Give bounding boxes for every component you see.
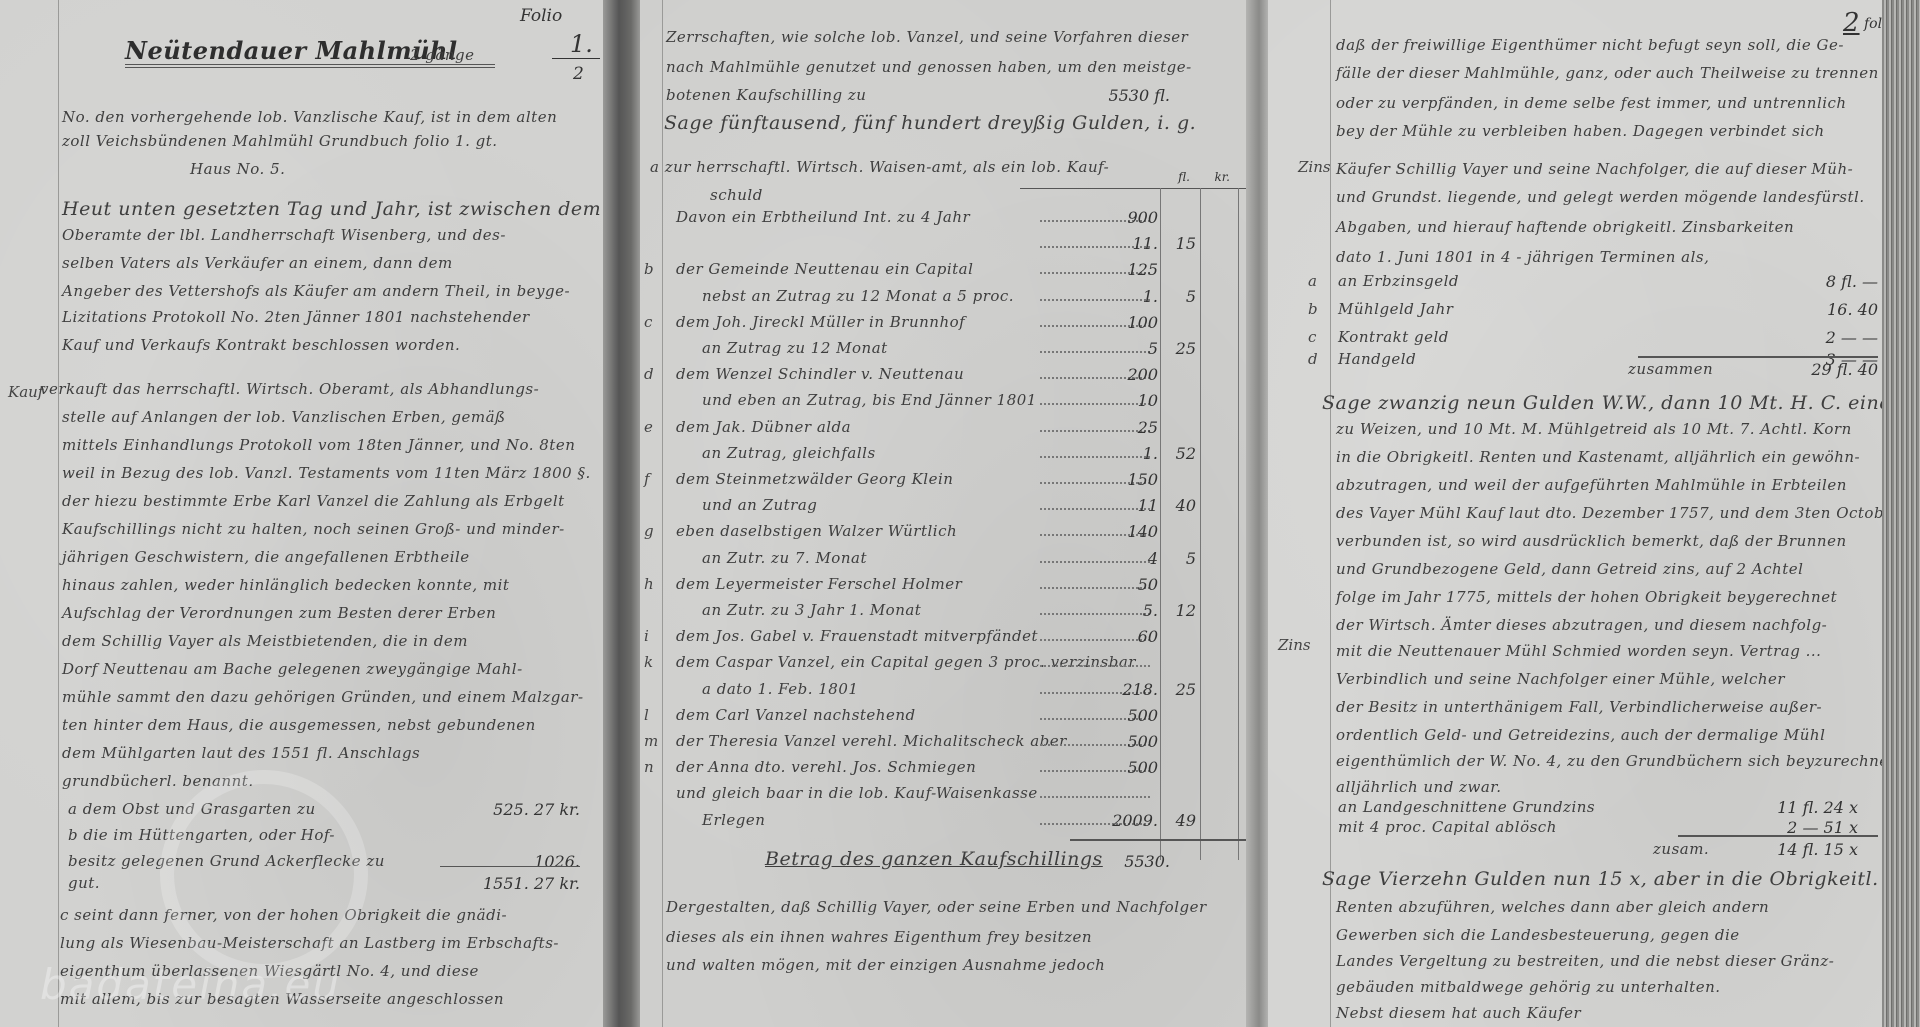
due-marker: a <box>1308 272 1317 290</box>
handwritten-line: mit die Neuttenauer Mühl Schmied worden … <box>1336 642 1821 660</box>
due-label: mit 4 proc. Capital ablösch <box>1338 818 1557 836</box>
amount-gulden: 50 <box>1108 575 1158 594</box>
intro-amount: 5530 fl. <box>1080 86 1170 105</box>
handwritten-line: Angeber des Vettershofs als Käufer am an… <box>62 282 570 300</box>
amount-kreuzer: 49 <box>1164 811 1196 830</box>
amount-gulden: 150 <box>1108 470 1158 489</box>
handwritten-line: Dergestalten, daß Schillig Vayer, oder s… <box>666 898 1207 916</box>
handwritten-line: gebäuden mitbaldwege gehörig zu unterhal… <box>1336 978 1721 996</box>
entry-marker: n <box>644 758 654 776</box>
entry-text: Erlegen <box>702 811 765 829</box>
due-value: 8 fl. — <box>1768 272 1878 291</box>
entry-text: nebst an Zutrag zu 12 Monat a 5 proc. <box>702 287 1014 305</box>
handwritten-line: verkauft das herrschaftl. Wirtsch. Obera… <box>40 380 539 398</box>
handwritten-line: Zerrschaften, wie solche lob. Vanzel, un… <box>666 28 1188 46</box>
handwritten-line: dieses als ein ihnen wahres Eigenthum fr… <box>666 928 1092 946</box>
watermark-logo <box>160 770 368 978</box>
amount-gulden: 5. <box>1108 601 1158 620</box>
handwritten-line: Oberamte der lbl. Landherrschaft Wisenbe… <box>62 226 506 244</box>
total-label: Betrag des ganzen Kaufschillings <box>765 848 1103 870</box>
margin-note: Zins <box>1298 158 1331 176</box>
handwritten-line: No. den vorhergehende lob. Vanzlische Ka… <box>62 108 557 126</box>
amount-kreuzer: 5 <box>1164 287 1196 306</box>
handwritten-line: der Besitz in unterthänigem Fall, Verbin… <box>1336 698 1822 716</box>
handwritten-line: Kauf und Verkaufs Kontrakt beschlossen w… <box>62 336 460 354</box>
entry-marker: k <box>644 653 653 671</box>
handwritten-line: Verbindlich und seine Nachfolger einer M… <box>1336 670 1785 688</box>
handwritten-line: oder zu verpfänden, in deme selbe fest i… <box>1336 94 1847 112</box>
due-label: Kontrakt geld <box>1338 328 1449 346</box>
amount-kreuzer: 40 <box>1164 496 1196 515</box>
handwritten-line: Dorf Neuttenau am Bache gelegenen zweygä… <box>62 660 523 678</box>
handwritten-line: und Grundst. liegende, und gelegt werden… <box>1336 188 1865 206</box>
entry-marker: f <box>644 470 650 488</box>
handwritten-line: eigenthümlich der W. No. 4, zu den Grund… <box>1336 752 1884 770</box>
handwritten-line: weil in Bezug des lob. Vanzl. Testaments… <box>62 464 591 482</box>
entry-text: und eben an Zutrag, bis End Jänner 1801 <box>702 391 1037 409</box>
folio-label: Folio <box>520 6 562 26</box>
handwritten-line: Gewerben sich die Landesbesteuerung, geg… <box>1336 926 1740 944</box>
amount-gulden: 140 <box>1108 522 1158 541</box>
due-value: 2 — — <box>1768 328 1878 347</box>
entry-text: dem Wenzel Schindler v. Neuttenau <box>676 365 964 383</box>
amount-gulden: 1. <box>1108 444 1158 463</box>
folio-suffix: fol. <box>1864 16 1884 32</box>
handwritten-line: der hiezu bestimmte Erbe Karl Vanzel die… <box>62 492 565 510</box>
handwritten-line: mühle sammt den dazu gehörigen Gründen, … <box>62 688 584 706</box>
handwritten-line: ordentlich Geld- und Getreidezins, auch … <box>1336 726 1825 744</box>
table-header-rule <box>1020 188 1250 189</box>
amount-kreuzer: 25 <box>1164 339 1196 358</box>
handwritten-line: Aufschlag der Verordnungen zum Besten de… <box>62 604 496 622</box>
title-underline-2 <box>125 67 495 68</box>
sum-in-words: Sage fünftausend, fünf hundert dreyßig G… <box>664 112 1196 134</box>
total-rule <box>1070 839 1250 841</box>
handwritten-line: zoll Veichsbündenen Mahlmühl Grundbuch f… <box>62 132 498 150</box>
left-page: Folio 1. 2 Neütendauer Mahlmühl 2 gänge … <box>0 0 607 1027</box>
amount-kreuzer: 5 <box>1164 549 1196 568</box>
entry-marker: l <box>644 706 649 724</box>
handwritten-line: und Grundbezogene Geld, dann Getreid zin… <box>1336 560 1803 578</box>
handwritten-line: in die Obrigkeitl. Renten und Kastenamt,… <box>1336 448 1860 466</box>
title-suffix: 2 gänge <box>410 46 475 64</box>
handwritten-line: Sage zwanzig neun Gulden W.W., dann 10 M… <box>1322 392 1884 414</box>
amount-gulden: 125 <box>1108 260 1158 279</box>
handwritten-line: bey der Mühle zu verbleiben haben. Dageg… <box>1336 122 1825 140</box>
entry-text: an Zutr. zu 3 Jahr 1. Monat <box>702 601 921 619</box>
entry-text: und an Zutrag <box>702 496 817 514</box>
book-page-edges <box>1882 0 1920 1027</box>
due-label: Mühlgeld Jahr <box>1338 300 1453 318</box>
leader-dots <box>1040 796 1150 798</box>
entry-text: der Anna dto. verehl. Jos. Schmiegen <box>676 758 976 776</box>
subtotal-rule <box>440 866 580 867</box>
handwritten-line: dem Schillig Vayer als Meistbietenden, d… <box>62 632 468 650</box>
folio-number: 1. <box>570 30 593 58</box>
amount-gulden: 218. <box>1108 680 1158 699</box>
margin-rule <box>662 0 663 1027</box>
entry-text: und gleich baar in die lob. Kauf-Waisenk… <box>676 784 1038 802</box>
dues-2-total: 14 fl. 15 x <box>1738 840 1858 859</box>
entry-text: Davon ein Erbtheilund Int. zu 4 Jahr <box>676 208 970 226</box>
handwritten-line: Sage Vierzehn Gulden nun 15 x, aber in d… <box>1322 868 1879 890</box>
folio-rule <box>552 58 600 59</box>
handwritten-line: Heut unten gesetzten Tag und Jahr, ist z… <box>62 198 607 220</box>
entry-text: dem Joh. Jireckl Müller in Brunnhof <box>676 313 965 331</box>
due-label: an Erbzinsgeld <box>1338 272 1459 290</box>
amount-gulden: 900 <box>1108 208 1158 227</box>
sub-intro: a zur herrschaftl. Wirtsch. Waisen-amt, … <box>650 158 1109 176</box>
handwritten-line: mittels Einhandlungs Protokoll vom 18ten… <box>62 436 575 454</box>
right-page: 2 fol. daß der freiwillige Eigenthümer n… <box>1268 0 1884 1027</box>
handwritten-line: Nebst diesem hat auch Käufer <box>1336 1004 1581 1022</box>
col-header-fl: fl. <box>1160 170 1190 184</box>
amount-gulden: 11. <box>1108 234 1158 253</box>
entry-text: dem Leyermeister Ferschel Holmer <box>676 575 962 593</box>
entry-text: dem Jos. Gabel v. Frauenstadt mitverpfän… <box>676 627 1038 645</box>
handwritten-line: Käufer Schillig Vayer und seine Nachfolg… <box>1336 160 1853 178</box>
amount-gulden: 200 <box>1108 365 1158 384</box>
handwritten-line: folge im Jahr 1775, mittels der hohen Ob… <box>1336 588 1837 606</box>
amount-gulden: 11 <box>1108 496 1158 515</box>
column-divider <box>1200 188 1201 860</box>
handwritten-line: botenen Kaufschilling zu <box>666 86 866 104</box>
handwritten-line: daß der freiwillige Eigenthümer nicht be… <box>1336 36 1844 54</box>
entry-marker: i <box>644 627 649 645</box>
entry-text: an Zutr. zu 7. Monat <box>702 549 867 567</box>
due-label: an Landgeschnittene Grundzins <box>1338 798 1595 816</box>
entry-marker: m <box>644 732 658 750</box>
entry-text: eben daselbstigen Walzer Würtlich <box>676 522 957 540</box>
due-label: Handgeld <box>1338 350 1416 368</box>
amount-kreuzer: 12 <box>1164 601 1196 620</box>
sub-intro-2: schuld <box>710 186 763 204</box>
handwritten-line: stelle auf Anlangen der lob. Vanzlischen… <box>62 408 506 426</box>
amount-gulden: 10 <box>1108 391 1158 410</box>
handwritten-line: der Wirtsch. Ämter dieses abzutragen, un… <box>1336 616 1827 634</box>
handwritten-line: jährigen Geschwistern, die angefallenen … <box>62 548 470 566</box>
column-divider <box>1238 188 1239 860</box>
margin-rule <box>58 0 59 1027</box>
title-underline <box>125 64 495 65</box>
due-marker: c <box>1308 328 1316 346</box>
margin-note: Kauf <box>8 383 43 401</box>
due-marker: d <box>1308 350 1318 368</box>
column-divider <box>1160 188 1161 860</box>
entry-marker: e <box>644 418 653 436</box>
entry-text: a dato 1. Feb. 1801 <box>702 680 858 698</box>
handwritten-line: hinaus zahlen, weder hinlänglich bedecke… <box>62 576 509 594</box>
entry-text: der Gemeinde Neuttenau ein Capital <box>676 260 973 278</box>
entry-marker: g <box>644 522 654 540</box>
dues-rule <box>1638 356 1878 358</box>
handwritten-line: Landes Vergeltung zu bestreiten, und die… <box>1336 952 1834 970</box>
book-gutter <box>603 0 643 1027</box>
handwritten-line: fälle der dieser Mahlmühle, ganz, oder a… <box>1336 64 1879 82</box>
amount-kreuzer: 15 <box>1164 234 1196 253</box>
middle-page: Zerrschaften, wie solche lob. Vanzel, un… <box>640 0 1250 1027</box>
handwritten-line: des Vayer Mühl Kauf laut dto. Dezember 1… <box>1336 504 1884 522</box>
handwritten-line: dato 1. Juni 1801 in 4 - jährigen Termin… <box>1336 248 1709 266</box>
handwritten-line: alljährlich und zwar. <box>1336 778 1502 796</box>
due-marker: b <box>1308 300 1318 318</box>
amount-gulden: 4 <box>1108 549 1158 568</box>
amount-gulden: 500 <box>1108 706 1158 725</box>
total-value: 5530. <box>1100 852 1170 871</box>
amount-kreuzer: 52 <box>1164 444 1196 463</box>
folio-number: 2 <box>1843 8 1860 38</box>
entry-marker: b <box>644 260 654 278</box>
due-value: 16. 40 <box>1768 300 1878 319</box>
handwritten-line: zu Weizen, und 10 Mt. M. Mühlgetreid als… <box>1336 420 1852 438</box>
amount-gulden: 2009. <box>1108 811 1158 830</box>
dues-total-label: zusammen <box>1628 360 1713 378</box>
due-value: 11 fl. 24 x <box>1728 798 1858 817</box>
entry-text: an Zutrag zu 12 Monat <box>702 339 888 357</box>
amount-gulden: 500 <box>1108 732 1158 751</box>
handwritten-line: nach Mahlmühle genutzet und genossen hab… <box>666 58 1192 76</box>
handwritten-line: und walten mögen, mit der einzigen Ausna… <box>666 956 1105 974</box>
entry-text: dem Jak. Dübner alda <box>676 418 851 436</box>
subtotal-value: 1551. 27 kr. <box>450 874 580 893</box>
leader-dots <box>1040 665 1150 667</box>
handwritten-line: Abgaben, und hierauf haftende obrigkeitl… <box>1336 218 1794 236</box>
amount-gulden: 1. <box>1108 287 1158 306</box>
amount-gulden: 5 <box>1108 339 1158 358</box>
dues-2-rule <box>1678 835 1878 837</box>
handwritten-line: dem Mühlgarten laut des 1551 fl. Anschla… <box>62 744 420 762</box>
handwritten-line: Kaufschillings nicht zu halten, noch sei… <box>62 520 565 538</box>
entry-marker: d <box>644 365 654 383</box>
entry-text: dem Carl Vanzel nachstehend <box>676 706 916 724</box>
handwritten-line: Renten abzuführen, welches dann aber gle… <box>1336 898 1769 916</box>
handwritten-line: verbunden ist, so wird ausdrücklich beme… <box>1336 532 1847 550</box>
watermark-text: badatelna.eu <box>40 960 341 1009</box>
subtotal-value: 525. 27 kr. <box>450 800 580 819</box>
amount-gulden: 100 <box>1108 313 1158 332</box>
subtotal-label: gut. <box>68 874 100 892</box>
handwritten-line: ten hinter dem Haus, die ausgemessen, ne… <box>62 716 536 734</box>
amount-gulden: 60 <box>1108 627 1158 646</box>
entry-text: an Zutrag, gleichfalls <box>702 444 876 462</box>
page-title: Neütendauer Mahlmühl <box>125 36 458 65</box>
folio-sub: 2 <box>573 64 584 84</box>
entry-text: dem Steinmetzwälder Georg Klein <box>676 470 953 488</box>
handwritten-line: abzutragen, und weil der aufgeführten Ma… <box>1336 476 1847 494</box>
amount-gulden: 25 <box>1108 418 1158 437</box>
dues-2-total-label: zusam. <box>1653 840 1709 858</box>
entry-marker: h <box>644 575 654 593</box>
handwritten-line: Lizitations Protokoll No. 2ten Jänner 18… <box>62 308 530 326</box>
amount-gulden: 500 <box>1108 758 1158 777</box>
amount-kreuzer: 25 <box>1164 680 1196 699</box>
col-header-kr: kr. <box>1200 170 1230 184</box>
entry-text: dem Caspar Vanzel, ein Capital gegen 3 p… <box>676 653 1136 671</box>
subtotal-value: 1026. <box>450 852 580 871</box>
dues-total: 29 fl. 40 <box>1768 360 1878 379</box>
margin-note-2: Zins <box>1278 636 1311 654</box>
entry-text: der Theresia Vanzel verehl. Michalitsche… <box>676 732 1067 750</box>
handwritten-line: selben Vaters als Verkäufer an einem, da… <box>62 254 453 272</box>
entry-marker: c <box>644 313 652 331</box>
handwritten-line: Haus No. 5. <box>190 160 285 178</box>
